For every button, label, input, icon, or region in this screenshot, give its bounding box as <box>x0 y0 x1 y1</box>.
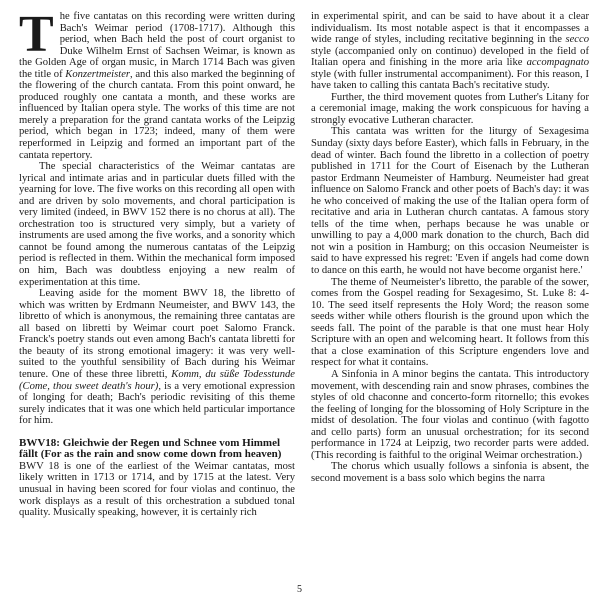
paragraph-intro: The five cantatas on this recording were… <box>19 11 295 161</box>
paragraph-characteristics: The special characteristics of the Weima… <box>19 161 295 288</box>
paragraph-parable: The theme of Neumeister's libretto, the … <box>311 277 589 369</box>
paragraph-bwv18-intro: BWV 18 is one of the earliest of the Wei… <box>19 461 295 519</box>
paragraph-experimental: in experimental spirit, and can be said … <box>311 11 589 92</box>
drop-cap: T <box>19 13 54 54</box>
right-column: in experimental spirit, and can be said … <box>311 11 589 484</box>
paragraph-libretti: Leaving aside for the moment BWV 18, the… <box>19 288 295 427</box>
page-number: 5 <box>297 584 302 595</box>
paragraph-sexagesima: This cantata was written for the liturgy… <box>311 126 589 276</box>
left-column: The five cantatas on this recording were… <box>19 11 295 519</box>
paragraph-litany: Further, the third movement quotes from … <box>311 92 589 127</box>
section-heading-bwv18: BWV18: Gleichwie der Regen und Schnee vo… <box>19 438 295 461</box>
paragraph-sinfonia: A Sinfonia in A minor begins the cantata… <box>311 369 589 461</box>
paragraph-chorus: The chorus which usually follows a sinfo… <box>311 461 589 484</box>
